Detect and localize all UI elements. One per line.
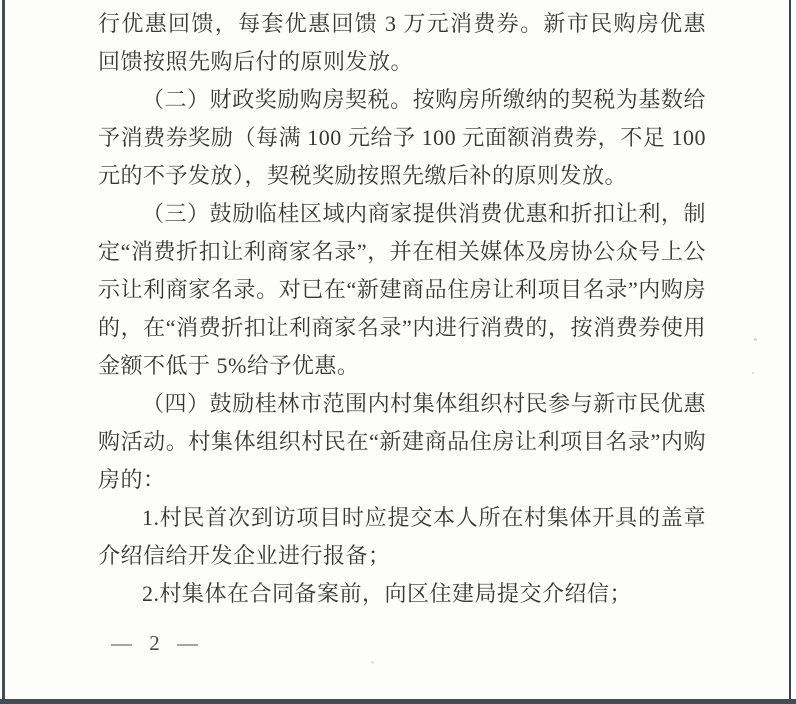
- document-body: 行优惠回馈，每套优惠回馈 3 万元消费券。新市民购房优惠回馈按照先购后付的原则发…: [98, 5, 706, 613]
- scan-speck: [754, 338, 757, 341]
- body-paragraph-item-2: （二）财政奖励购房契税。按购房所缴纳的契税为基数给予消费券奖励（每满 100 元…: [98, 81, 706, 195]
- scan-speck: [752, 372, 754, 374]
- scan-border-bottom: [0, 699, 796, 704]
- body-paragraph-continuation: 行优惠回馈，每套优惠回馈 3 万元消费券。新市民购房优惠回馈按照先购后付的原则发…: [98, 5, 706, 81]
- scan-border-left: [2, 0, 5, 704]
- body-paragraph-item-4: （四）鼓励桂林市范围内村集体组织村民参与新市民优惠购活动。村集体组织村民在“新建…: [98, 385, 706, 499]
- body-paragraph-subitem-2: 2.村集体在合同备案前，向区住建局提交介绍信；: [98, 575, 706, 613]
- scan-speck: [371, 661, 374, 664]
- page-number: — 2 —: [111, 624, 204, 662]
- body-paragraph-item-3: （三）鼓励临桂区域内商家提供消费优惠和折扣让利，制定“消费折扣让利商家名录”，并…: [98, 195, 706, 385]
- body-paragraph-subitem-1: 1.村民首次到访项目时应提交本人所在村集体开具的盖章介绍信给开发企业进行报备；: [98, 499, 706, 575]
- scan-border-right: [789, 0, 791, 704]
- scanned-document-page: 行优惠回馈，每套优惠回馈 3 万元消费券。新市民购房优惠回馈按照先购后付的原则发…: [0, 0, 796, 704]
